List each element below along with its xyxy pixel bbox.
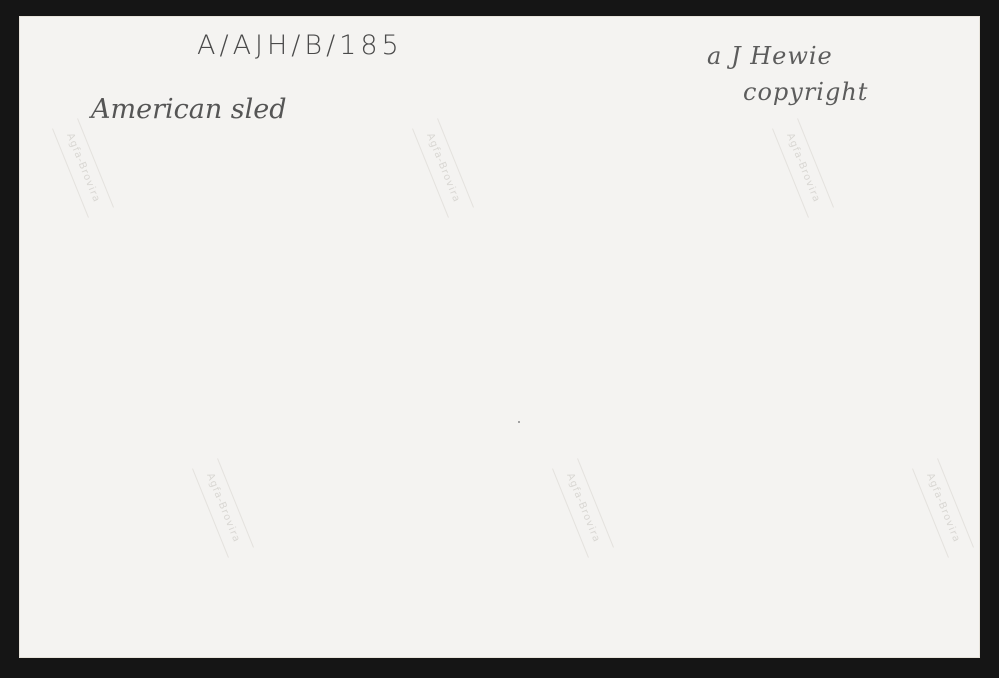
photo-card-back: A/AJH/B/185 American sled a J Hewie copy… (19, 16, 980, 658)
watermark: Agfa-Brovira (912, 458, 974, 557)
handwritten-copyright: copyright (743, 78, 868, 106)
watermark: Agfa-Brovira (552, 458, 614, 557)
watermark: Agfa-Brovira (772, 118, 834, 217)
watermark: Agfa-Brovira (52, 118, 114, 217)
handwritten-title: American sled (91, 94, 287, 125)
watermark: Agfa-Brovira (192, 458, 254, 557)
archive-reference: A/AJH/B/185 (197, 30, 403, 61)
handwritten-author: a J Hewie (707, 42, 833, 70)
watermark: Agfa-Brovira (412, 118, 474, 217)
paper-speck (518, 421, 520, 423)
